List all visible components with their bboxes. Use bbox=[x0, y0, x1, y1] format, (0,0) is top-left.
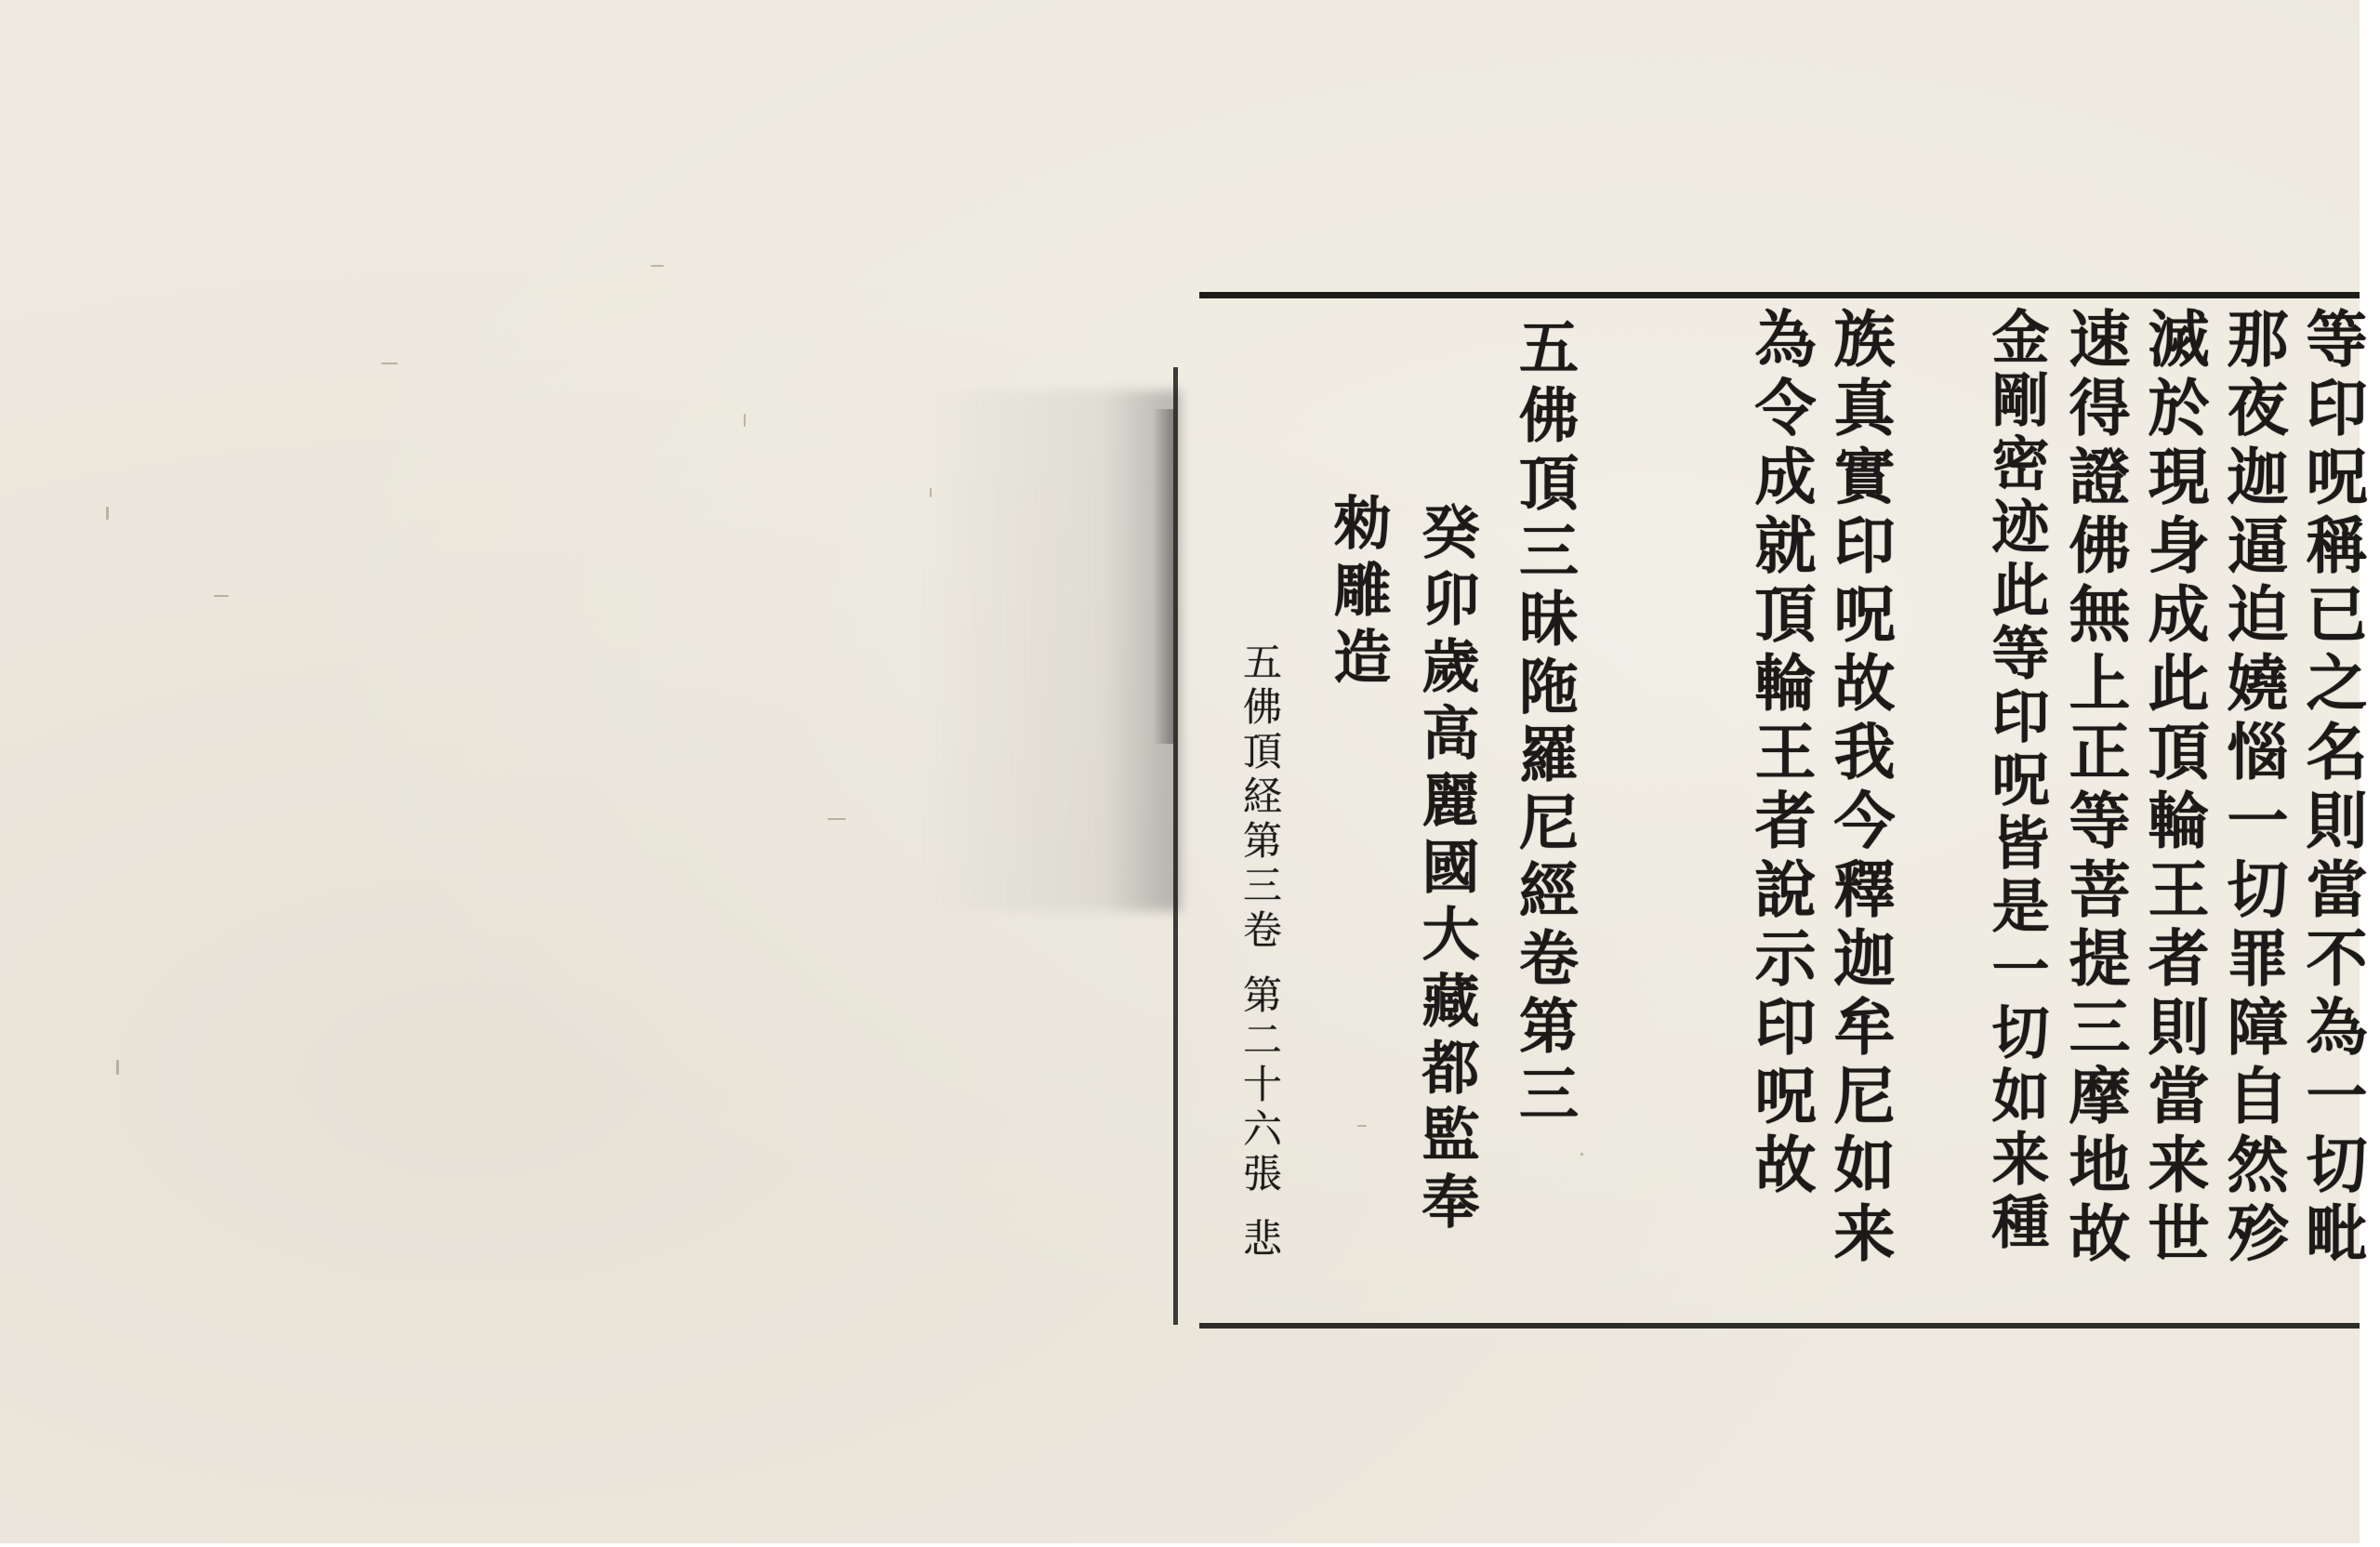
text-column-1: 等印呪稱已之名則當不為一切毗 bbox=[2294, 307, 2369, 1270]
publication-note-line1: 癸卯歲高麗國大藏都監奉 bbox=[1408, 502, 1483, 1238]
text-column-7: 為令成就頂輪王者說示印呪故 bbox=[1743, 307, 1818, 1201]
paper-fiber bbox=[651, 265, 664, 267]
paper-fiber bbox=[1357, 1125, 1367, 1127]
text-column-2: 那夜迦逼迫嬈惱一切罪障自然殄 bbox=[2215, 307, 2290, 1270]
paper-fiber bbox=[106, 507, 109, 520]
sutra-title: 五佛頂三昧陁羅尼經卷第三 bbox=[1506, 316, 1580, 1130]
text-column-3: 滅於現身成此頂輪王者則當来世 bbox=[2136, 307, 2211, 1270]
paper-fiber bbox=[1580, 1153, 1583, 1156]
colophon: 五佛頂経第三卷第二十六張悲 bbox=[1236, 641, 1283, 1263]
frame-left-rule bbox=[1173, 367, 1178, 1325]
colophon-mark: 悲 bbox=[1237, 1218, 1283, 1263]
frame-top-rule bbox=[1199, 292, 2360, 298]
paper-fiber bbox=[744, 414, 746, 427]
frame-bottom-rule bbox=[1199, 1323, 2360, 1329]
colophon-title: 五佛頂経第三卷 bbox=[1237, 641, 1283, 954]
paper-fiber bbox=[381, 363, 398, 364]
ink-shadow bbox=[920, 390, 1181, 911]
text-column-5: 金剛密迹此等印呪皆是一切如来種 bbox=[1978, 307, 2053, 1255]
paper-fiber bbox=[827, 818, 846, 820]
text-column-4: 速得證佛無上正等菩提三摩地故 bbox=[2057, 307, 2132, 1270]
paper-fiber bbox=[116, 1060, 119, 1075]
text-column-6: 族真實印呪故我今釋迦牟尼如来 bbox=[1822, 307, 1897, 1270]
publication-note-line2: 勑雕造 bbox=[1320, 493, 1395, 694]
frame-left-shade bbox=[1153, 409, 1173, 744]
paper-fiber bbox=[214, 595, 229, 597]
colophon-page: 第二十六張 bbox=[1237, 974, 1283, 1197]
